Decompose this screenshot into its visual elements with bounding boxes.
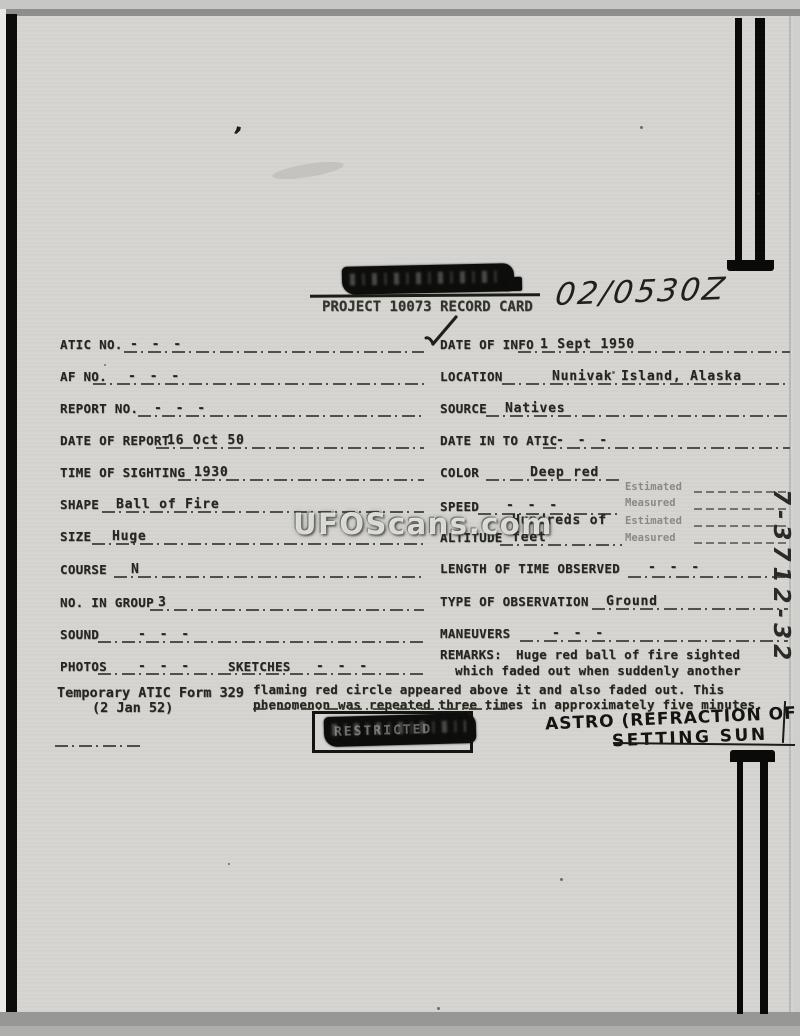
field-value-date-of-info: 1 Sept 1950 [540,337,635,352]
field-line [502,383,790,385]
field-label-time-of-sighting: TIME OF SIGHTING [60,465,185,480]
field-line [98,673,424,675]
film-bar-top-right-foot [727,260,774,271]
margin-serial-vertical: 7-3712-32 [768,489,794,714]
field-value-size: Huge [112,529,147,544]
field-value-type-of-observation: Ground [606,594,658,609]
scan-top-margin [0,0,800,9]
redaction-stamp-top [342,263,515,295]
field-label-photos: PHOTOS [60,659,107,674]
remarks-line-2: which faded out when suddenly another [455,663,741,678]
field-value-sound: - - - [138,627,192,642]
field-line [518,351,790,353]
redaction-ghost-text: RESTRICTED [334,722,433,740]
field-label-af-no: AF NO. [60,369,107,384]
field-line [628,576,788,578]
field-value-maneuvers: - - - [552,626,606,641]
scanned-record-card-page: ’ PROJECT 10073 RECORD CARD 02/0530Z ATI… [0,0,800,1036]
field-label-location: LOCATION [440,369,503,384]
field-line [150,609,424,611]
field-value-no-in-group: 3 [158,595,167,610]
field-line [486,415,790,417]
field-value-date-in-to-atic: - - - [556,433,610,448]
field-label-course: COURSE [60,562,107,577]
field-line [156,447,424,449]
film-bar-bottom-right-1 [737,758,743,1014]
scan-left-black-bar [6,14,17,1013]
field-line [93,383,424,385]
speck [228,863,230,865]
field-label-shape: SHAPE [60,497,99,512]
field-label-length-of-time-observed: LENGTH OF TIME OBSERVED [440,561,620,576]
field-line [543,447,790,449]
field-line [124,351,424,353]
speck [560,878,563,881]
field-line [138,415,424,417]
field-value-time-of-sighting: 1930 [194,465,229,480]
field-value-length-of-time-observed: - - - [648,560,702,575]
remarks-label: REMARKS: [440,647,502,662]
field-line [178,479,424,481]
redaction-stamp-bottom: RESTRICTED [324,713,477,747]
field-line [486,479,622,481]
remarks-line-1: Huge red ball of fire sighted [516,647,740,662]
altitude-qualifier-measured: Measured [625,532,676,544]
field-line [98,641,424,643]
field-line [92,543,424,545]
field-label-date-of-info: DATE OF INFO [440,337,534,352]
speck [757,192,760,195]
field-line [592,608,788,610]
speed-qualifier-estimated: Estimated [625,481,682,493]
scan-bottom-margin [0,1026,800,1036]
speck [640,126,643,129]
redaction-stamp-texture [350,270,504,285]
field-label-date-in-to-atic: DATE IN TO ATIC [440,433,557,448]
field-value-color: Deep red [530,465,599,480]
field-value-af-no: - - - [128,369,182,384]
field-line [114,576,424,578]
form-date: (2 Jan 52) [92,700,173,716]
scan-right-margin [793,16,800,1012]
field-value-photos: - - - [138,659,192,674]
field-value-location: Nunivak Island, Alaska [552,369,742,384]
speck [437,1007,440,1010]
field-value-report-no: - - - [154,401,208,416]
field-value-sketches: - - - [316,659,370,674]
field-value-date-of-report: 16 Oct 50 [167,433,245,448]
field-label-report-no: REPORT NO. [60,401,138,416]
field-label-type-of-observation: TYPE OF OBSERVATION [440,594,589,609]
field-label-atic-no: ATIC NO. [60,337,123,352]
film-bar-bottom-right-2 [760,758,768,1014]
altitude-qualifier-estimated: Estimated [625,515,682,527]
field-line [520,640,788,642]
film-bar-top-right-2 [755,18,765,264]
film-bar-top-right-1 [735,18,742,264]
remarks-line-3: flaming red circle appeared above it and… [253,682,724,697]
watermark: UFOScans.com [293,507,553,541]
page-title: PROJECT 10073 RECORD CARD [322,299,533,315]
field-value-source: Natives [505,401,565,416]
form-name: Temporary ATIC Form 329 [57,685,244,701]
field-label-source: SOURCE [440,401,487,416]
field-label-date-of-report: DATE OF REPORT [60,433,170,448]
field-label-no-in-group: NO. IN GROUP [60,595,154,610]
redaction-stamp-top-tail [506,277,522,291]
field-label-sound: SOUND [60,627,99,642]
handwritten-datetime: 02/0530Z [553,271,729,313]
field-line [500,544,622,546]
field-value-course: N [131,562,140,577]
remarks-underline [253,708,515,710]
field-label-sketches: SKETCHES [228,659,291,674]
field-label-maneuvers: MANEUVERS [440,626,510,641]
field-value-shape: Ball of Fire [116,497,220,512]
speed-qualifier-measured: Measured [625,497,676,509]
speck [104,364,106,366]
scan-bottom-edge-band [0,1012,800,1026]
footer-line [55,745,143,747]
field-label-size: SIZE [60,529,91,544]
field-value-atic-no: - - - [130,337,184,352]
field-label-color: COLOR [440,465,479,480]
